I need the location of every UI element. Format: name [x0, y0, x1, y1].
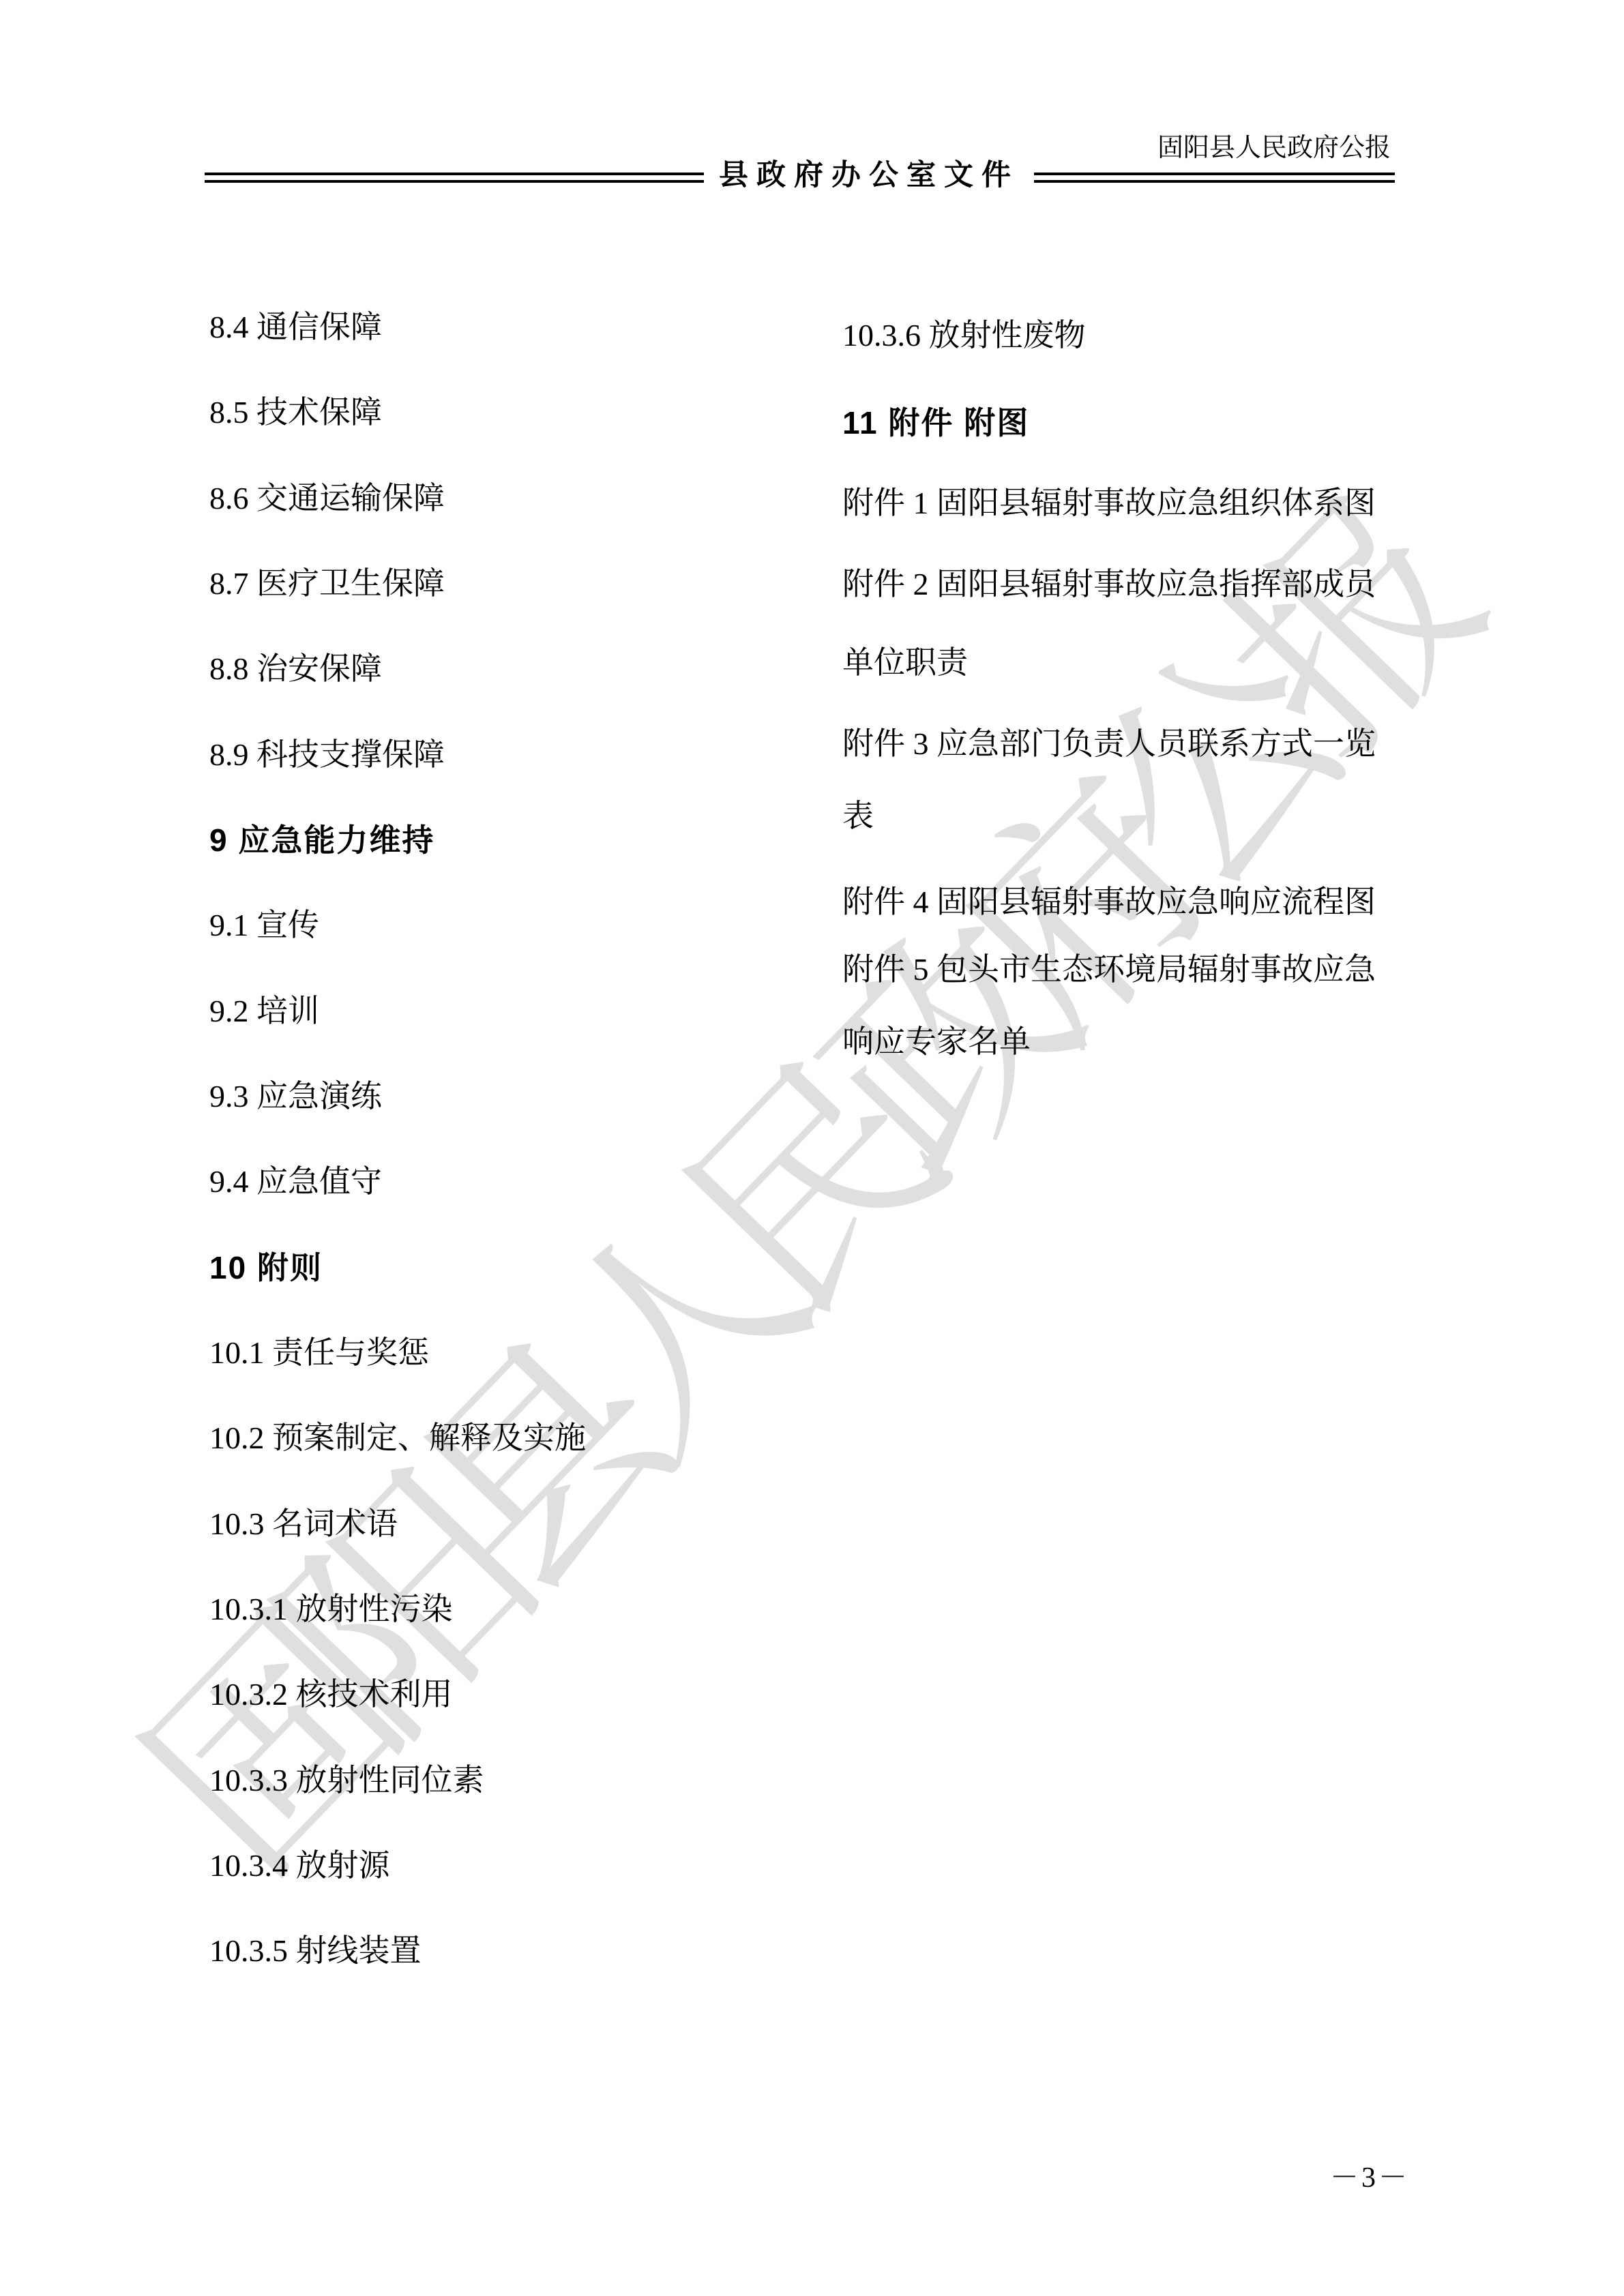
- toc-item: 10.3.4 放射源: [209, 1845, 390, 1887]
- toc-item: 8.6 交通运输保障: [209, 477, 445, 520]
- toc-item: 附件 1 固阳县辐射事故应急组织体系图: [842, 482, 1376, 524]
- toc-section-heading: 10 附则: [209, 1247, 323, 1289]
- toc-item: 10.3.6 放射性废物: [842, 314, 1086, 357]
- toc-item: 8.5 技术保障: [209, 391, 382, 434]
- toc-item: 10.3.5 射线装置: [209, 1930, 422, 1972]
- toc-item: 8.8 治安保障: [209, 648, 382, 690]
- toc-item: 8.9 科技支撑保障: [209, 734, 445, 776]
- header-banner-title: 县政府办公室文件: [704, 154, 1034, 198]
- toc-item: 附件 5 包头市生态环境局辐射事故应急: [842, 949, 1376, 991]
- toc-item: 9.3 应急演练: [209, 1075, 382, 1118]
- toc-item: 8.7 医疗卫生保障: [209, 563, 445, 605]
- toc-item: 10.1 责任与奖惩: [209, 1332, 429, 1374]
- toc-item: 附件 2 固阳县辐射事故应急指挥部成员: [842, 563, 1376, 606]
- toc-item: 附件 3 应急部门负责人员联系方式一览: [842, 723, 1376, 765]
- toc-item: 10.3.3 放射性同位素: [209, 1759, 484, 1802]
- toc-item: 9.1 宣传: [209, 904, 319, 946]
- toc-item: 10.3 名词术语: [209, 1503, 398, 1545]
- toc-item: 10.2 预案制定、解释及实施: [209, 1417, 586, 1459]
- toc-item: 9.4 应急值守: [209, 1161, 382, 1203]
- toc-item: 附件 4 固阳县辐射事故应急响应流程图: [842, 881, 1376, 923]
- toc-item: 9.2 培训: [209, 990, 319, 1032]
- toc-section-heading: 11 附件 附图: [842, 402, 1029, 444]
- toc-section-heading: 9 应急能力维持: [209, 819, 434, 861]
- toc-item: 10.3.2 核技术利用: [209, 1673, 453, 1716]
- page-number: －3－: [1330, 2160, 1410, 2196]
- toc-item: 10.3.1 放射性污染: [209, 1588, 453, 1630]
- toc-item-continuation: 响应专家名单: [842, 1021, 1031, 1063]
- toc-item-continuation: 表: [842, 795, 874, 837]
- toc-item: 8.4 通信保障: [209, 306, 382, 348]
- toc-item-continuation: 单位职责: [842, 642, 968, 684]
- gazette-masthead: 固阳县人民政府公报: [1157, 131, 1391, 165]
- document-page: 固阳县人民政府公报 固阳县人民政府公报 县政府办公室文件 8.4 通信保障 8.…: [0, 0, 1624, 2296]
